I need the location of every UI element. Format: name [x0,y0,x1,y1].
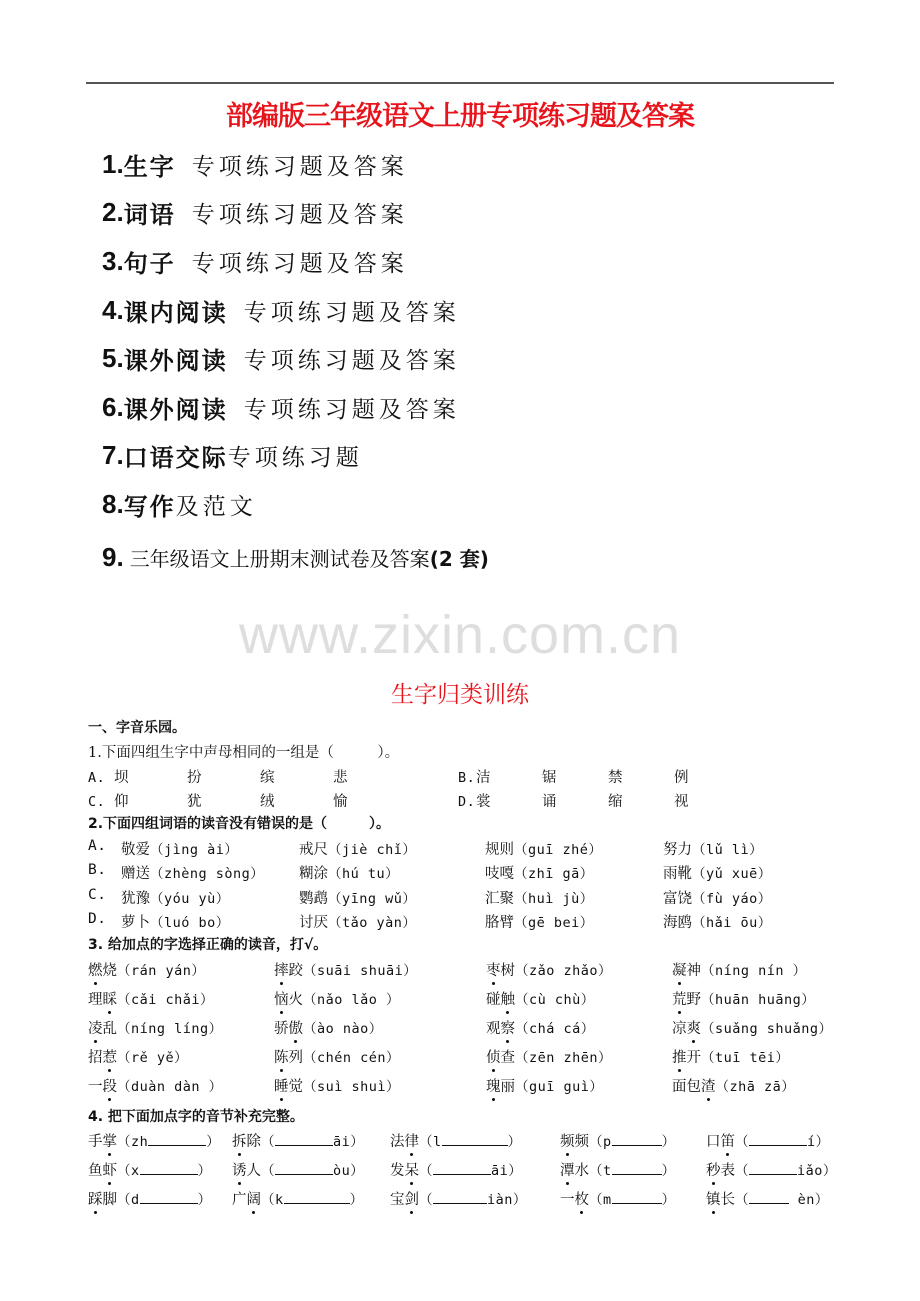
pinyin-choices: （guī guì） [515,1079,603,1095]
pinyin-prefix: （x [117,1163,140,1179]
pinyin-prefix: （k [261,1192,284,1208]
char: 秒 [706,1159,721,1180]
pinyin-prefix: （d [117,1192,140,1208]
q3-word: 凉爽（suǎng shuǎng） [672,1017,833,1038]
char: 骄 [274,1021,289,1037]
q3-word: 枣树（zǎo zhǎo） [486,959,612,980]
toc-description: 专项练习题及答案 [192,148,408,181]
q4-item: 潭水（t） [560,1159,676,1180]
toc-topic: 写作 [124,487,176,522]
pinyin-choices: （suǎng shuǎng） [701,1021,833,1037]
option-char: 坝 [114,766,187,787]
char: 一 [560,1192,575,1208]
pinyin-suffix: iǎo） [797,1163,837,1179]
q2-word: 戒尺（jiè chǐ） [299,838,416,859]
document-title: 部编版三年级语文上册专项练习题及答案 [0,94,920,133]
word: 努力 [663,842,692,858]
q3-word: 燃烧（rán yán） [88,959,205,980]
toc-number: 4. [102,295,124,326]
answer-blank[interactable] [275,1131,333,1146]
pinyin: （zhèng sòng） [150,866,264,882]
word: 鹦鹉 [299,891,328,907]
char: 口 [706,1134,721,1150]
pinyin-choices: （rán yán） [117,963,205,979]
char: 摔 [274,959,289,980]
q2-word: 规则（guī zhé） [485,838,602,859]
toc-count: (2 套) [430,547,489,571]
toc-item: 4.课内阅读专项练习题及答案 [102,286,489,335]
pinyin-choices: （cù chù） [515,992,595,1008]
char: 法 [390,1134,405,1150]
char: 枣 [486,959,501,980]
toc-number: 7. [102,440,124,471]
char: 除 [247,1134,262,1150]
pinyin-suffix: ） [198,1163,212,1179]
watermark: www.zixin.com.cn [0,604,920,666]
char: 发 [390,1163,405,1179]
word: 吱嘎 [485,866,514,882]
pinyin: （tǎo yàn） [328,915,416,931]
pinyin-prefix: （l [419,1134,442,1150]
pinyin-choices: （huān huāng） [701,992,815,1008]
option-char: 洁 [476,766,542,787]
char: 荒 [672,988,687,1009]
toc-item: 8.写作及范文 [102,480,489,529]
q4-item: 一枚（m） [560,1188,676,1209]
pinyin-choices: （zǎo zhǎo） [515,963,612,979]
toc-number: 9. [102,542,124,573]
char: 瑰 [486,1075,501,1096]
q4-item: 踩脚（d） [88,1188,212,1209]
char: 面包 [672,1079,701,1095]
char: 理 [88,992,103,1008]
toc-description: 三年级语文上册期末测试卷及答案(2 套) [130,543,489,572]
option-char: 缤 [260,766,333,787]
answer-blank[interactable] [612,1131,662,1146]
q3-word: 凌乱（níng líng） [88,1017,223,1038]
q2-word: 鹦鹉（yīng wǔ） [299,887,416,908]
pinyin-suffix: ） [350,1192,364,1208]
q4-item: 法律（l） [390,1130,522,1151]
char: 表 [721,1163,736,1179]
q4-item: 频频（p） [560,1130,676,1151]
pinyin-choices: （chén cén） [303,1050,400,1066]
char: 烧 [103,963,118,979]
toc-topic: 句子 [124,244,176,279]
char: 长 [721,1192,736,1208]
option-char: 视 [674,790,740,811]
char: 燃 [88,959,103,980]
pinyin: （luó bo） [150,915,230,931]
char: 段 [103,1075,118,1096]
word: 讨厌 [299,915,328,931]
q2-option-label: D. [88,911,106,927]
char: 潭 [560,1159,575,1180]
q3-word: 面包渣（zhā zā） [672,1075,795,1096]
toc-number: 1. [102,149,124,180]
char: 剑 [405,1188,420,1209]
char: 开 [687,1050,702,1066]
pinyin: （fù yáo） [692,891,772,907]
pinyin: （yīng wǔ） [328,891,416,907]
pinyin-choices: （zēn zhēn） [515,1050,612,1066]
q1-option: D.裳诵缩视 [458,790,740,811]
q4-item: 广阔（k） [232,1188,364,1209]
toc-description: 专项练习题及答案 [244,294,460,327]
toc-item: 7.口语交际专项练习题 [102,432,489,481]
char: 触 [501,988,516,1009]
q3-word: 骄傲（ào nào） [274,1017,383,1038]
char: 侦 [486,1046,501,1067]
q2-option-label: C. [88,887,106,903]
q3-word: 睡觉（suì shuì） [274,1075,400,1096]
toc-item: 1.生字专项练习题及答案 [102,140,489,189]
pinyin-suffix: ） [508,1134,522,1150]
toc-topic: 词语 [124,195,176,230]
pinyin-suffix: òu） [333,1163,364,1179]
answer-blank[interactable] [433,1160,491,1175]
answer-blank[interactable] [749,1189,789,1204]
pinyin-suffix: ） [662,1192,676,1208]
word: 犹豫 [121,891,150,907]
word: 赠送 [121,866,150,882]
toc-item: 5.课外阅读专项练习题及答案 [102,334,489,383]
answer-blank[interactable] [140,1160,198,1175]
pinyin: （hú tu） [328,866,399,882]
answer-blank[interactable] [749,1131,807,1146]
q4-item: 鱼虾（x） [88,1159,212,1180]
option-char: 例 [674,766,740,787]
q3-word: 碰触（cù chù） [486,988,595,1009]
char: 一 [88,1079,103,1095]
toc-topic: 课外阅读 [124,390,228,425]
char: 列 [289,1050,304,1066]
char: 拆 [232,1130,247,1151]
word: 胳臂 [485,915,514,931]
answer-blank[interactable] [442,1131,508,1146]
pinyin-prefix: （ [735,1134,749,1150]
answer-blank[interactable] [612,1160,662,1175]
option-char: 缩 [608,790,674,811]
q2-word: 赠送（zhèng sòng） [121,862,264,883]
char: 手 [88,1134,103,1150]
pinyin-choices: （duàn dàn ） [117,1079,223,1095]
top-divider [86,82,834,84]
toc-number: 6. [102,392,124,423]
q2-word: 吱嘎（zhī gā） [485,862,594,883]
char: 树 [501,963,516,979]
toc-description: 专项练习题及答案 [192,245,408,278]
char: 诱 [232,1159,247,1180]
pinyin: （jiè chǐ） [328,842,416,858]
pinyin: （zhī gā） [514,866,594,882]
pinyin-suffix: iàn） [487,1192,527,1208]
char: 律 [405,1130,420,1151]
q3-word: 摔跤（suāi shuāi） [274,959,417,980]
char: 枚 [575,1188,590,1209]
pinyin-prefix: （ [735,1192,749,1208]
toc-description: 专项练习题 [228,439,363,472]
q4-item: 手掌（zh） [88,1130,220,1151]
q4-item: 发呆（āi） [390,1159,522,1180]
q3-word: 理睬（cǎi chǎi） [88,988,214,1009]
toc-item: 9.三年级语文上册期末测试卷及答案(2 套) [102,533,489,582]
char: 跤 [289,963,304,979]
char: 镇 [706,1188,721,1209]
option-label: A. [88,770,114,786]
pinyin: （gē bei） [514,915,594,931]
char: 宝 [390,1192,405,1208]
option-char: 悲 [333,766,406,787]
q2-option-label: B. [88,862,106,878]
pinyin-choices: （níng nín ） [701,963,807,979]
q3-word: 瑰丽（guī guì） [486,1075,603,1096]
char: 丽 [501,1079,516,1095]
answer-blank[interactable] [284,1189,350,1204]
section-title: 生字归类训练 [0,676,920,709]
q4-item: 口笛（í） [706,1130,830,1151]
char: 神 [687,963,702,979]
option-char: 仰 [114,790,187,811]
pinyin-choices: （zhā zā） [716,1079,796,1095]
q3-word: 一段（duàn dàn ） [88,1075,223,1096]
pinyin: （yǔ xuē） [692,866,772,882]
toc-number: 3. [102,246,124,277]
pinyin-choices: （nǎo lǎo ） [303,992,400,1008]
q3-prompt: 3. 给加点的字选择正确的读音，打√。 [88,934,327,954]
pinyin: （yóu yù） [150,891,230,907]
q4-prompt: 4. 把下面加点字的音节补充完整。 [88,1106,304,1126]
q2-word: 雨靴（yǔ xuē） [663,862,772,883]
pinyin-prefix: （m [589,1192,612,1208]
char: 恼 [274,988,289,1009]
pinyin-suffix: èn） [789,1192,829,1208]
q4-item: 秒表（iǎo） [706,1159,837,1180]
char: 踩 [88,1188,103,1209]
q2-word: 糊涂（hú tu） [299,862,399,883]
word: 雨靴 [663,866,692,882]
pinyin-choices: （rě yě） [117,1050,188,1066]
pinyin-prefix: （ [261,1163,275,1179]
pinyin-prefix: （ [419,1163,433,1179]
q2-word: 讨厌（tǎo yàn） [299,911,416,932]
char: 凉 [672,1021,687,1037]
pinyin-suffix: í） [807,1134,830,1150]
char: 人 [247,1163,262,1179]
q4-item: 诱人（òu） [232,1159,364,1180]
char: 觉 [289,1079,304,1095]
toc-topic: 课外阅读 [124,341,228,376]
char: 渣 [701,1075,716,1096]
toc-item: 2.词语专项练习题及答案 [102,189,489,238]
q3-word: 侦查（zēn zhēn） [486,1046,612,1067]
char: 野 [687,992,702,1008]
table-of-contents: 1.生字专项练习题及答案2.词语专项练习题及答案3.句子专项练习题及答案4.课内… [102,140,489,581]
option-char: 愉 [333,790,406,811]
char: 睡 [274,1075,289,1096]
pinyin-choices: （cǎi chǎi） [117,992,214,1008]
pinyin-prefix: （ [261,1134,275,1150]
pinyin-prefix: （zh [117,1134,148,1150]
char: 阔 [247,1188,262,1209]
word: 汇聚 [485,891,514,907]
pinyin: （jìng ài） [150,842,238,858]
answer-blank[interactable] [433,1189,487,1204]
pinyin-prefix: （ [735,1163,749,1179]
option-char: 锯 [542,766,608,787]
pinyin-suffix: ） [198,1192,212,1208]
char: 频 [560,1130,575,1151]
char: 睬 [103,988,118,1009]
word: 海鸥 [663,915,692,931]
char: 查 [501,1050,516,1066]
q1-option: A.坝扮缤悲 [88,766,406,787]
q3-word: 推开（tuī tēi） [672,1046,789,1067]
q1-option: B.洁锯禁例 [458,766,740,787]
toc-topic: 口语交际 [124,438,228,473]
q2-word: 敬爱（jìng ài） [121,838,238,859]
q2-word: 犹豫（yóu yù） [121,887,230,908]
q3-word: 招惹（rě yě） [88,1046,188,1067]
word: 萝卜 [121,915,150,931]
q1-prompt: 1.下面四组生字中声母相同的一组是（ ）。 [88,741,399,762]
char: 爽 [687,1017,702,1038]
char: 招 [88,1050,103,1066]
q4-item: 镇长（ èn） [706,1188,829,1209]
q1-option: C.仰犹绒愉 [88,790,406,811]
toc-item: 6.课外阅读专项练习题及答案 [102,383,489,432]
pinyin: （lǔ lì） [692,842,763,858]
toc-description: 专项练习题及答案 [244,391,460,424]
q3-word: 陈列（chén cén） [274,1046,400,1067]
toc-description: 及范文 [176,488,257,521]
pinyin-suffix: ） [662,1134,676,1150]
part1-heading: 一、字音乐园。 [88,717,186,737]
char: 水 [575,1163,590,1179]
char: 推 [672,1046,687,1067]
pinyin-prefix: （p [589,1134,612,1150]
option-char: 诵 [542,790,608,811]
toc-description: 专项练习题及答案 [192,196,408,229]
toc-number: 2. [102,197,124,228]
q2-prompt: 2.下面四组词语的读音没有错误的是（ ）。 [88,813,390,833]
q3-word: 观察（chá cá） [486,1017,595,1038]
option-label: C. [88,794,114,810]
toc-topic: 课内阅读 [124,293,228,328]
option-char: 绒 [260,790,333,811]
pinyin: （hǎi ōu） [692,915,772,931]
toc-topic: 生字 [124,147,176,182]
toc-item: 3.句子专项练习题及答案 [102,237,489,286]
option-char: 裳 [476,790,542,811]
pinyin: （guī zhé） [514,842,602,858]
char: 广 [232,1192,247,1208]
q2-word: 萝卜（luó bo） [121,911,230,932]
pinyin-suffix: ） [206,1134,220,1150]
char: 碰 [486,992,501,1008]
pinyin-choices: （suāi shuāi） [303,963,417,979]
pinyin-suffix: āi） [333,1134,364,1150]
char: 笛 [721,1130,736,1151]
q3-word: 凝神（níng nín ） [672,959,807,980]
char: 脚 [103,1192,118,1208]
q2-option-label: A. [88,838,106,854]
char: 陈 [274,1046,289,1067]
q2-word: 海鸥（hǎi ōu） [663,911,772,932]
option-label: B. [458,770,476,786]
answer-blank[interactable] [140,1189,198,1204]
pinyin-suffix: ） [662,1163,676,1179]
pinyin-choices: （suì shuì） [303,1079,400,1095]
q3-word: 恼火（nǎo lǎo ） [274,988,400,1009]
word: 糊涂 [299,866,328,882]
pinyin-choices: （níng líng） [117,1021,223,1037]
pinyin-choices: （tuī tēi） [701,1050,789,1066]
char: 呆 [405,1159,420,1180]
char: 察 [501,1017,516,1038]
word: 戒尺 [299,842,328,858]
char: 掌 [103,1130,118,1151]
pinyin-prefix: （ [419,1192,433,1208]
q2-word: 富饶（fù yáo） [663,887,772,908]
q2-word: 汇聚（huì jù） [485,887,594,908]
toc-number: 5. [102,343,124,374]
option-label: D. [458,794,476,810]
answer-blank[interactable] [275,1160,333,1175]
q2-word: 胳臂（gē bei） [485,911,594,932]
answer-blank[interactable] [148,1131,206,1146]
pinyin-prefix: （t [589,1163,612,1179]
option-char: 犹 [187,790,260,811]
char: 凝 [672,959,687,980]
char: 观 [486,1021,501,1037]
q4-item: 宝剑（iàn） [390,1188,527,1209]
answer-blank[interactable] [749,1160,797,1175]
char: 频 [575,1134,590,1150]
option-char: 禁 [608,766,674,787]
q2-word: 努力（lǔ lì） [663,838,763,859]
word: 敬爱 [121,842,150,858]
pinyin-choices: （chá cá） [515,1021,595,1037]
pinyin: （huì jù） [514,891,594,907]
toc-description: 专项练习题及答案 [244,342,460,375]
answer-blank[interactable] [612,1189,662,1204]
char: 惹 [103,1046,118,1067]
word: 富饶 [663,891,692,907]
char: 凌 [88,1017,103,1038]
char: 鱼 [88,1163,103,1179]
char: 乱 [103,1021,118,1037]
option-char: 扮 [187,766,260,787]
word: 规则 [485,842,514,858]
char: 虾 [103,1159,118,1180]
pinyin-choices: （ào nào） [303,1021,383,1037]
char: 火 [289,992,304,1008]
q4-item: 拆除（āi） [232,1130,364,1151]
char: 傲 [289,1017,304,1038]
pinyin-suffix: āi） [491,1163,522,1179]
toc-number: 8. [102,489,124,520]
q3-word: 荒野（huān huāng） [672,988,815,1009]
